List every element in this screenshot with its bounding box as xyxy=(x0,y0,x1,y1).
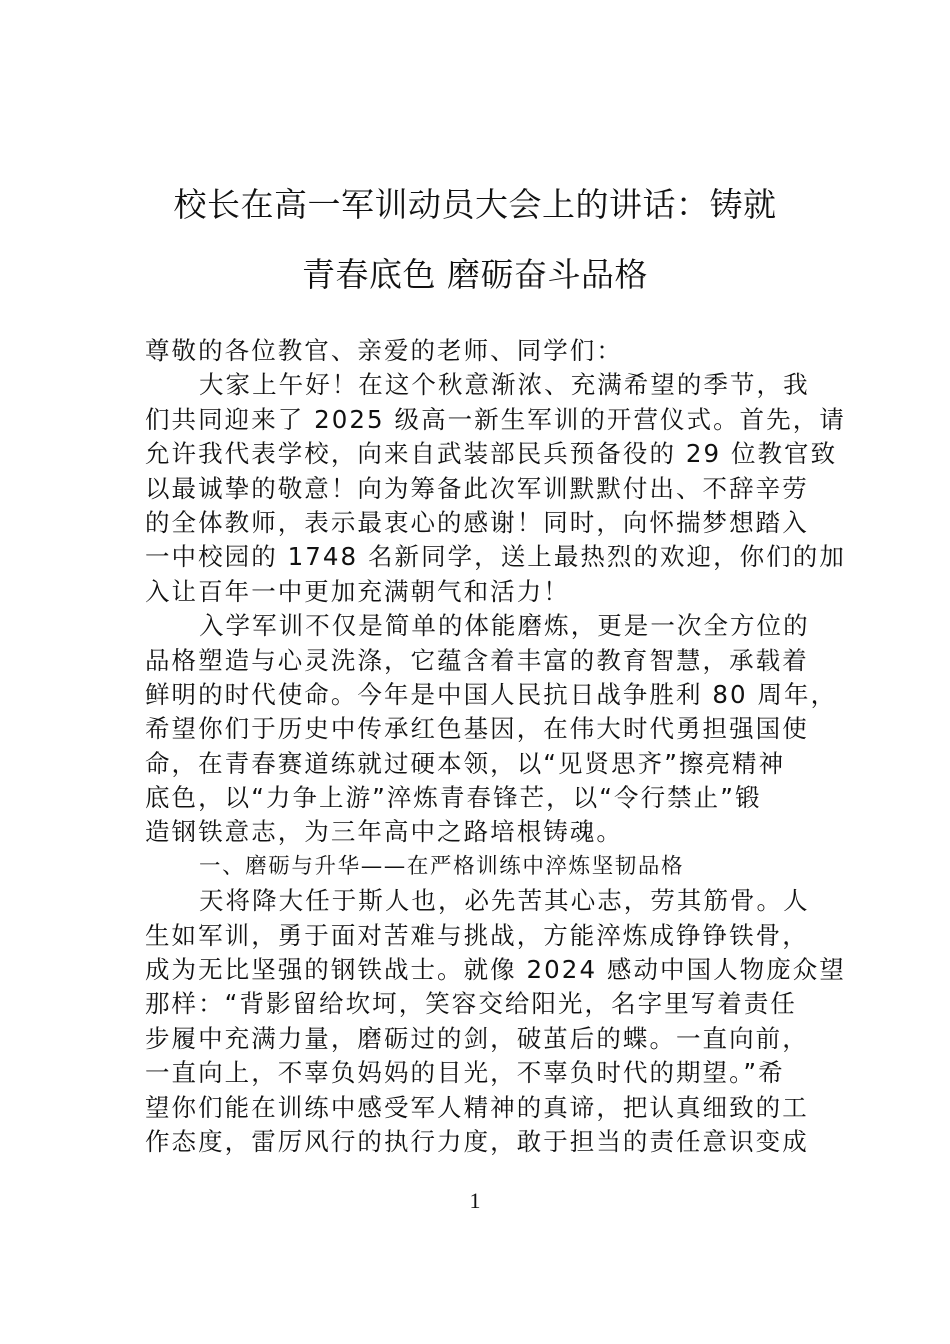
body-line: 入学军训不仅是简单的体能磨炼，更是一次全方位的 xyxy=(145,609,809,643)
salutation: 尊敬的各位教官、亲爱的老师、同学们： xyxy=(145,334,809,368)
body-line: 入让百年一中更加充满朝气和活力！ xyxy=(145,575,809,609)
title-line-1: 校长在高一军训动员大会上的讲话：铸就 xyxy=(0,170,950,240)
body-line: 生如军训，勇于面对苦难与挑战，方能淬炼成铮铮铁骨， xyxy=(145,919,809,953)
body-line: 一直向上，不辜负妈妈的目光，不辜负时代的期望。”希 xyxy=(145,1056,809,1090)
body-line: 作态度，雷厉风行的执行力度，敢于担当的责任意识变成 xyxy=(145,1125,809,1159)
body-line: 希望你们于历史中传承红色基因，在伟大时代勇担强国使 xyxy=(145,712,809,746)
body-line: 底色，以“力争上游”淬炼青春锋芒，以“令行禁止”锻 xyxy=(145,781,809,815)
section-heading: 一、磨砺与升华——在严格训练中淬炼坚韧品格 xyxy=(145,850,809,884)
body-line: 造钢铁意志，为三年高中之路培根铸魂。 xyxy=(145,815,809,849)
document-body: 尊敬的各位教官、亲爱的老师、同学们： 大家上午好！在这个秋意渐浓、充满希望的季节… xyxy=(145,334,809,1159)
body-line: 们共同迎来了 2025 级高一新生军训的开营仪式。首先，请 xyxy=(145,403,809,437)
body-line: 成为无比坚强的钢铁战士。就像 2024 感动中国人物庞众望 xyxy=(145,953,809,987)
body-line: 那样：“背影留给坎坷，笑容交给阳光，名字里写着责任 xyxy=(145,987,809,1021)
body-line: 鲜明的时代使命。今年是中国人民抗日战争胜利 80 周年， xyxy=(145,678,809,712)
body-line: 品格塑造与心灵洗涤，它蕴含着丰富的教育智慧，承载着 xyxy=(145,644,809,678)
body-line: 允许我代表学校，向来自武装部民兵预备役的 29 位教官致 xyxy=(145,437,809,471)
document-page: 校长在高一军训动员大会上的讲话：铸就 青春底色 磨砺奋斗品格 尊敬的各位教官、亲… xyxy=(0,0,950,1344)
body-line: 以最诚挚的敬意！向为筹备此次军训默默付出、不辞辛劳 xyxy=(145,472,809,506)
body-line: 望你们能在训练中感受军人精神的真谛，把认真细致的工 xyxy=(145,1091,809,1125)
body-line: 天将降大任于斯人也，必先苦其心志，劳其筋骨。人 xyxy=(145,884,809,918)
document-title: 校长在高一军训动员大会上的讲话：铸就 青春底色 磨砺奋斗品格 xyxy=(0,170,950,310)
body-line: 命，在青春赛道练就过硬本领，以“见贤思齐”擦亮精神 xyxy=(145,747,809,781)
title-line-2: 青春底色 磨砺奋斗品格 xyxy=(0,240,950,310)
body-line: 大家上午好！在这个秋意渐浓、充满希望的季节，我 xyxy=(145,368,809,402)
page-number: 1 xyxy=(0,1188,950,1214)
body-line: 步履中充满力量，磨砺过的剑，破茧后的蝶。一直向前， xyxy=(145,1022,809,1056)
body-line: 的全体教师，表示最衷心的感谢！同时，向怀揣梦想踏入 xyxy=(145,506,809,540)
body-line: 一中校园的 1748 名新同学，送上最热烈的欢迎，你们的加 xyxy=(145,540,809,574)
